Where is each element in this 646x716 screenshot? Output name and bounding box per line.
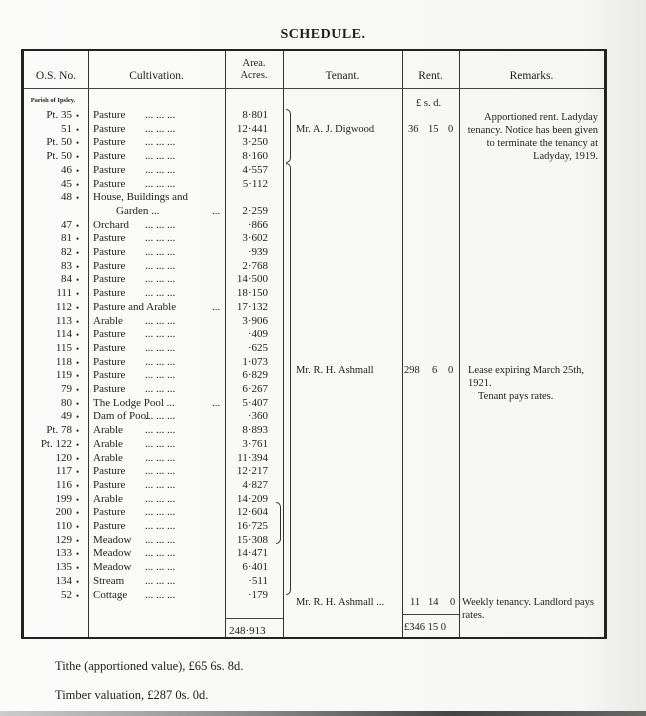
tick-mark-icon: • (76, 467, 79, 477)
area-acres: 6·829 (212, 369, 268, 383)
tick-mark-icon: • (76, 563, 79, 573)
tick-mark-icon: • (76, 289, 79, 299)
document-page: SCHEDULE. O.S. No. Cultivation. Area. Ac… (0, 0, 646, 716)
header-area-line2: Acres. (240, 70, 267, 82)
tick-mark-icon: • (76, 111, 79, 121)
leader-dots: ... ... ... (145, 219, 175, 233)
cultivation: Meadow (93, 561, 132, 575)
os-number: 135 (28, 561, 72, 575)
tick-mark-icon: • (76, 317, 79, 327)
leader-dots: ... ... ... (145, 150, 175, 164)
scan-edge (0, 711, 646, 716)
tick-mark-icon: • (76, 399, 79, 409)
parish-label: Parish of Ipsley. (28, 97, 78, 104)
area-acres: 5·407 (212, 397, 268, 411)
rent-pence: 0 (448, 364, 453, 378)
os-number: 129 (28, 534, 72, 548)
cultivation: Pasture (93, 178, 125, 192)
cultivation: Pasture (93, 164, 125, 178)
tenancy-brace (286, 109, 291, 163)
cultivation: Meadow (93, 534, 132, 548)
rent-shillings: 14 (428, 596, 439, 610)
os-number: 84 (28, 273, 72, 287)
leader-dots: ... ... ... (145, 589, 175, 603)
tenancy-brace (286, 163, 291, 595)
cultivation: Pasture (93, 520, 125, 534)
os-number: 117 (28, 465, 72, 479)
cultivation: Pasture (93, 109, 125, 123)
cultivation: Pasture (93, 506, 125, 520)
rent-total-rule (402, 614, 459, 615)
area-acres: 6·267 (212, 383, 268, 397)
area-acres: ·409 (212, 328, 268, 342)
column-divider (88, 51, 89, 637)
area-acres: 15·308 (212, 534, 268, 548)
os-number: 116 (28, 479, 72, 493)
area-acres: 8·801 (212, 109, 268, 123)
page-title: SCHEDULE. (0, 27, 646, 43)
leader-dots: ... ... ... (145, 246, 175, 260)
leader-dots: ... ... ... (145, 232, 175, 246)
leader-dots: ... ... ... (145, 342, 175, 356)
cultivation: Pasture (93, 356, 125, 370)
header-remarks: Remarks. (459, 51, 604, 95)
tick-mark-icon: • (76, 508, 79, 518)
os-number: Pt. 50 (28, 150, 72, 164)
cultivation: Arable (93, 424, 123, 438)
area-acres: ·625 (212, 342, 268, 356)
leader-dots: ... ... ... (145, 164, 175, 178)
rent-pence: 0 (450, 596, 455, 610)
area-acres: ·360 (212, 410, 268, 424)
leader-dots: ... ... ... (145, 287, 175, 301)
rent-shillings: 6 (432, 364, 437, 378)
tick-mark-icon: • (76, 125, 79, 135)
os-number: 80 (28, 397, 72, 411)
tenant-name: Mr. A. J. Digwood (296, 123, 374, 137)
leader-dots: ... ... ... (145, 479, 175, 493)
rent-pounds: 11 (410, 596, 420, 610)
cultivation: Pasture (93, 479, 125, 493)
area-acres: 2·768 (212, 260, 268, 274)
leader-dots: ... ... ... (145, 547, 175, 561)
os-number: 200 (28, 506, 72, 520)
header-rent: Rent. (402, 51, 459, 95)
cultivation: Pasture (93, 369, 125, 383)
area-acres: 6·401 (212, 561, 268, 575)
leader-dots: ... ... ... (145, 315, 175, 329)
tick-mark-icon: • (76, 166, 79, 176)
header-os-no: O.S. No. (24, 51, 88, 95)
os-number: 46 (28, 164, 72, 178)
area-total: 248·913 (229, 625, 266, 639)
cultivation: Arable (93, 452, 123, 466)
cultivation: Pasture (93, 246, 125, 260)
os-number: 112 (28, 301, 72, 315)
area-acres: ·511 (212, 575, 268, 589)
tick-mark-icon: • (76, 591, 79, 601)
area-acres: 14·209 (212, 493, 268, 507)
tick-mark-icon: • (76, 385, 79, 395)
os-number: 81 (28, 232, 72, 246)
tick-mark-icon: • (76, 303, 79, 313)
os-number: Pt. 78 (28, 424, 72, 438)
cultivation: Cottage (93, 589, 127, 603)
cultivation: Pasture (93, 465, 125, 479)
cultivation: The Lodge Pool ... (93, 397, 175, 411)
leader-dots: ... ... ... (145, 109, 175, 123)
column-divider (402, 51, 403, 637)
schedule-table: O.S. No. Cultivation. Area. Acres. Tenan… (21, 49, 607, 639)
leader-dots: ... ... ... (145, 561, 175, 575)
leader-dots: ... ... ... (145, 178, 175, 192)
cultivation: Pasture (93, 383, 125, 397)
tick-mark-icon: • (76, 234, 79, 244)
leader-dots: ... ... ... (145, 438, 175, 452)
os-number: Pt. 50 (28, 136, 72, 150)
tick-mark-icon: • (76, 262, 79, 272)
os-number: 110 (28, 520, 72, 534)
tick-mark-icon: • (76, 371, 79, 381)
area-acres: ·866 (212, 219, 268, 233)
os-number: 134 (28, 575, 72, 589)
os-number: 118 (28, 356, 72, 370)
os-number: 47 (28, 219, 72, 233)
cultivation: Garden ... (116, 205, 159, 219)
os-number: 83 (28, 260, 72, 274)
area-total-rule (225, 618, 283, 619)
os-number: 51 (28, 123, 72, 137)
cultivation: Orchard (93, 219, 129, 233)
leader-dots: ... ... ... (145, 424, 175, 438)
area-acres: ·179 (212, 589, 268, 603)
area-acres: ·939 (212, 246, 268, 260)
cultivation: House, Buildings and (93, 191, 188, 205)
cultivation: Pasture (93, 287, 125, 301)
os-number: Pt. 35 (28, 109, 72, 123)
column-divider (283, 51, 284, 637)
leader-dots: ... ... ... (145, 410, 175, 424)
header-tenant: Tenant. (283, 51, 402, 95)
tick-mark-icon: • (76, 275, 79, 285)
leader-dots: ... ... ... (145, 356, 175, 370)
header-cultivation: Cultivation. (88, 51, 225, 95)
leader-dots: ... ... ... (145, 493, 175, 507)
leader-dots: ... ... ... (145, 123, 175, 137)
tick-mark-icon: • (76, 440, 79, 450)
tick-mark-icon: • (76, 193, 79, 203)
area-acres: 11·394 (212, 452, 268, 466)
os-number: Pt. 122 (28, 438, 72, 452)
os-number: 199 (28, 493, 72, 507)
tick-mark-icon: • (76, 248, 79, 258)
cultivation: Pasture (93, 232, 125, 246)
tick-mark-icon: • (76, 536, 79, 546)
area-acres: 12·441 (212, 123, 268, 137)
cultivation: Dam of Pool (93, 410, 149, 424)
cultivation: Pasture (93, 260, 125, 274)
area-acres: 3·906 (212, 315, 268, 329)
area-acres: 3·250 (212, 136, 268, 150)
leader-dots: ... ... ... (145, 520, 175, 534)
tick-mark-icon: • (76, 522, 79, 532)
os-number: 119 (28, 369, 72, 383)
tick-mark-icon: • (76, 495, 79, 505)
header-area-line1: Area. (242, 58, 265, 70)
tick-mark-icon: • (76, 549, 79, 559)
area-acres: 4·557 (212, 164, 268, 178)
os-number: 115 (28, 342, 72, 356)
area-acres: 8·893 (212, 424, 268, 438)
tick-mark-icon: • (76, 221, 79, 231)
leader-dots: ... ... ... (145, 260, 175, 274)
cultivation: Pasture (93, 328, 125, 342)
tick-mark-icon: • (76, 577, 79, 587)
area-acres: 1·073 (212, 356, 268, 370)
tithe-note: Tithe (apportioned value), £65 6s. 8d. (55, 659, 243, 674)
leader-dots: ... ... ... (145, 136, 175, 150)
os-number: 120 (28, 452, 72, 466)
tick-mark-icon: • (76, 138, 79, 148)
os-number: 52 (28, 589, 72, 603)
area-acres: 8·160 (212, 150, 268, 164)
remarks-text: Weekly tenancy. Landlord pays rates. (462, 596, 608, 622)
leader-dots: ... ... ... (145, 506, 175, 520)
cultivation: Meadow (93, 547, 132, 561)
annotation-brace (276, 502, 281, 544)
os-number: 49 (28, 410, 72, 424)
os-number: 82 (28, 246, 72, 260)
rent-pounds: 298 (404, 364, 420, 378)
leader-dots: ... ... ... (145, 369, 175, 383)
timber-note: Timber valuation, £287 0s. 0d. (55, 688, 208, 703)
leader-dots: ... ... ... (145, 575, 175, 589)
area-acres: 14·500 (212, 273, 268, 287)
area-acres: 3·761 (212, 438, 268, 452)
cultivation: Stream (93, 575, 124, 589)
cultivation: Pasture (93, 342, 125, 356)
rent-shillings: 15 (428, 123, 439, 137)
tick-mark-icon: • (76, 344, 79, 354)
os-number: 113 (28, 315, 72, 329)
rent-pence: 0 (448, 123, 453, 137)
tick-mark-icon: • (76, 412, 79, 422)
leader-dots: ... ... ... (145, 383, 175, 397)
tick-mark-icon: • (76, 426, 79, 436)
rent-total: £346 15 0 (404, 621, 446, 635)
tick-mark-icon: • (76, 180, 79, 190)
rent-pounds: 36 (408, 123, 419, 137)
cultivation: Pasture and Arable (93, 301, 176, 315)
os-number: 114 (28, 328, 72, 342)
area-acres: 12·604 (212, 506, 268, 520)
os-number: 79 (28, 383, 72, 397)
column-divider (459, 51, 460, 637)
area-acres: 12·217 (212, 465, 268, 479)
cultivation: Arable (93, 493, 123, 507)
tick-mark-icon: • (76, 481, 79, 491)
leader-dots: ... ... ... (145, 534, 175, 548)
os-number: 133 (28, 547, 72, 561)
tick-mark-icon: • (76, 454, 79, 464)
cultivation: Arable (93, 315, 123, 329)
remarks-text: Tenant pays rates. (478, 390, 608, 403)
cultivation: Pasture (93, 150, 125, 164)
tick-mark-icon: • (76, 358, 79, 368)
leader-dots: ... ... ... (145, 452, 175, 466)
leader-dots: ... ... ... (145, 465, 175, 479)
tick-mark-icon: • (76, 152, 79, 162)
tenant-name: Mr. R. H. Ashmall ... (296, 596, 384, 610)
rent-units: £ s. d. (416, 97, 441, 111)
area-acres: 18·150 (212, 287, 268, 301)
os-number: 45 (28, 178, 72, 192)
remarks-text: Lease expiring March 25th, 1921. (468, 364, 608, 390)
cultivation: Arable (93, 438, 123, 452)
area-acres: 2·259 (212, 205, 268, 219)
leader-dots: ... ... ... (145, 273, 175, 287)
header-area: Area. Acres. (225, 51, 283, 89)
area-acres: 3·602 (212, 232, 268, 246)
tenant-name: Mr. R. H. Ashmall (296, 364, 374, 378)
area-acres: 14·471 (212, 547, 268, 561)
leader-dots: ... ... ... (145, 328, 175, 342)
os-number: 111 (28, 287, 72, 301)
area-acres: 5·112 (212, 178, 268, 192)
cultivation: Pasture (93, 136, 125, 150)
area-acres: 16·725 (212, 520, 268, 534)
cultivation: Pasture (93, 273, 125, 287)
os-number: 48 (28, 191, 72, 205)
area-acres: 4·827 (212, 479, 268, 493)
cultivation: Pasture (93, 123, 125, 137)
area-acres: 17·132 (212, 301, 268, 315)
remarks-text: Apportioned rent. Ladyday tenancy. Notic… (466, 111, 598, 163)
tick-mark-icon: • (76, 330, 79, 340)
